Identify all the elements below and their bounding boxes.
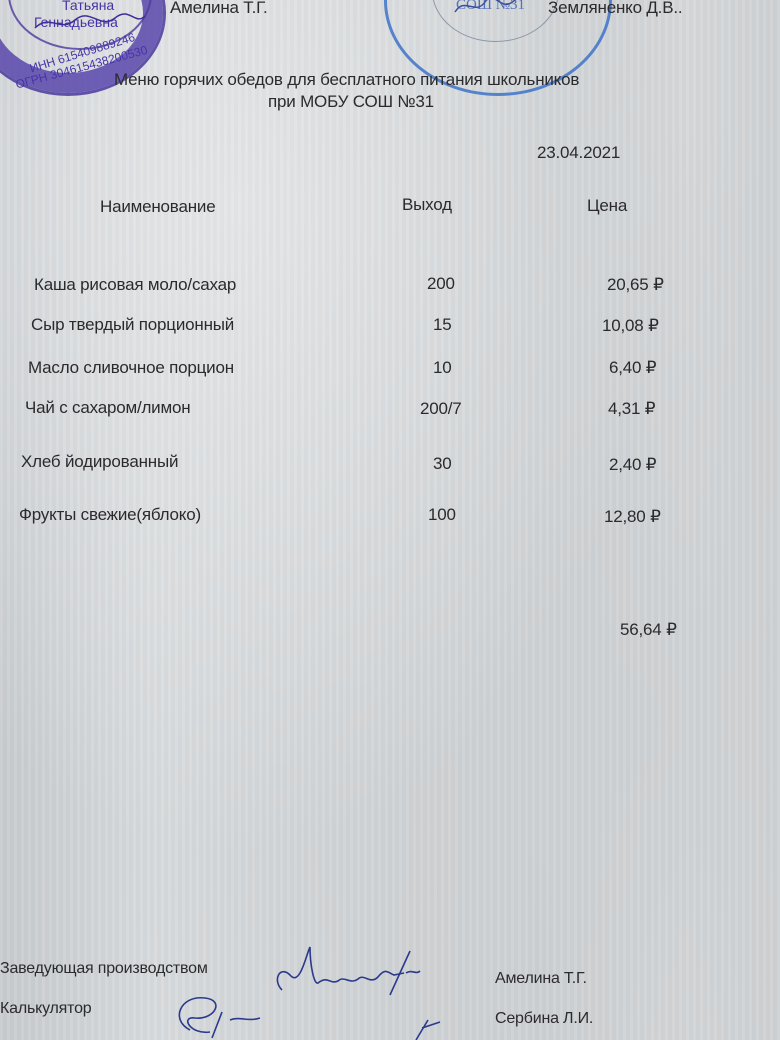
menu-date: 23.04.2021 bbox=[537, 143, 620, 163]
item-price: 12,80 ₽ bbox=[604, 507, 661, 527]
page-title-line2: при МОБУ СОШ №31 bbox=[268, 92, 434, 112]
footer-name-calculator: Сербина Л.И. bbox=[495, 1010, 593, 1028]
item-price: 2,40 ₽ bbox=[609, 455, 656, 475]
item-yield: 200/7 bbox=[420, 399, 462, 419]
page-title-line1: Меню горячих обедов для бесплатного пита… bbox=[114, 70, 579, 90]
item-yield: 15 bbox=[433, 315, 452, 335]
item-price: 4,31 ₽ bbox=[608, 399, 655, 419]
item-yield: 100 bbox=[428, 505, 456, 525]
item-name: Фрукты свежие(яблоко) bbox=[19, 505, 201, 525]
item-price: 20,65 ₽ bbox=[607, 275, 664, 295]
column-header-yield: Выход bbox=[402, 195, 452, 215]
column-header-price: Цена bbox=[587, 196, 627, 216]
item-yield: 30 bbox=[433, 454, 452, 474]
right-signer-name: Земляненко Д.В.. bbox=[548, 0, 682, 18]
left-signer-name: Амелина Т.Г. bbox=[170, 0, 268, 18]
item-name: Масло сливочное порцион bbox=[28, 358, 234, 378]
signature-calculator bbox=[160, 990, 460, 1040]
footer-role-calculator: Калькулятор bbox=[0, 1000, 91, 1018]
item-name: Сыр твердый порционный bbox=[31, 315, 234, 335]
left-stamp-name-line1: Татьяна bbox=[62, 0, 114, 13]
item-name: Каша рисовая моло/сахар bbox=[34, 275, 236, 295]
column-header-name: Наименование bbox=[100, 197, 215, 217]
item-name: Чай с сахаром/лимон bbox=[25, 398, 190, 418]
item-yield: 200 bbox=[427, 274, 455, 294]
item-price: 10,08 ₽ bbox=[602, 316, 659, 336]
signature-production-manager bbox=[270, 945, 470, 1005]
right-stamp-center-text: СОШ №31 bbox=[456, 0, 525, 14]
item-yield: 10 bbox=[433, 358, 452, 378]
left-stamp-name-line2: Геннадьевна bbox=[34, 14, 118, 30]
footer-name-production-manager: Амелина Т.Г. bbox=[495, 970, 587, 988]
item-price: 6,40 ₽ bbox=[609, 358, 656, 378]
footer-role-production-manager: Заведующая производством bbox=[0, 960, 208, 978]
total-price: 56,64 ₽ bbox=[620, 620, 677, 640]
item-name: Хлеб йодированный bbox=[21, 452, 178, 472]
